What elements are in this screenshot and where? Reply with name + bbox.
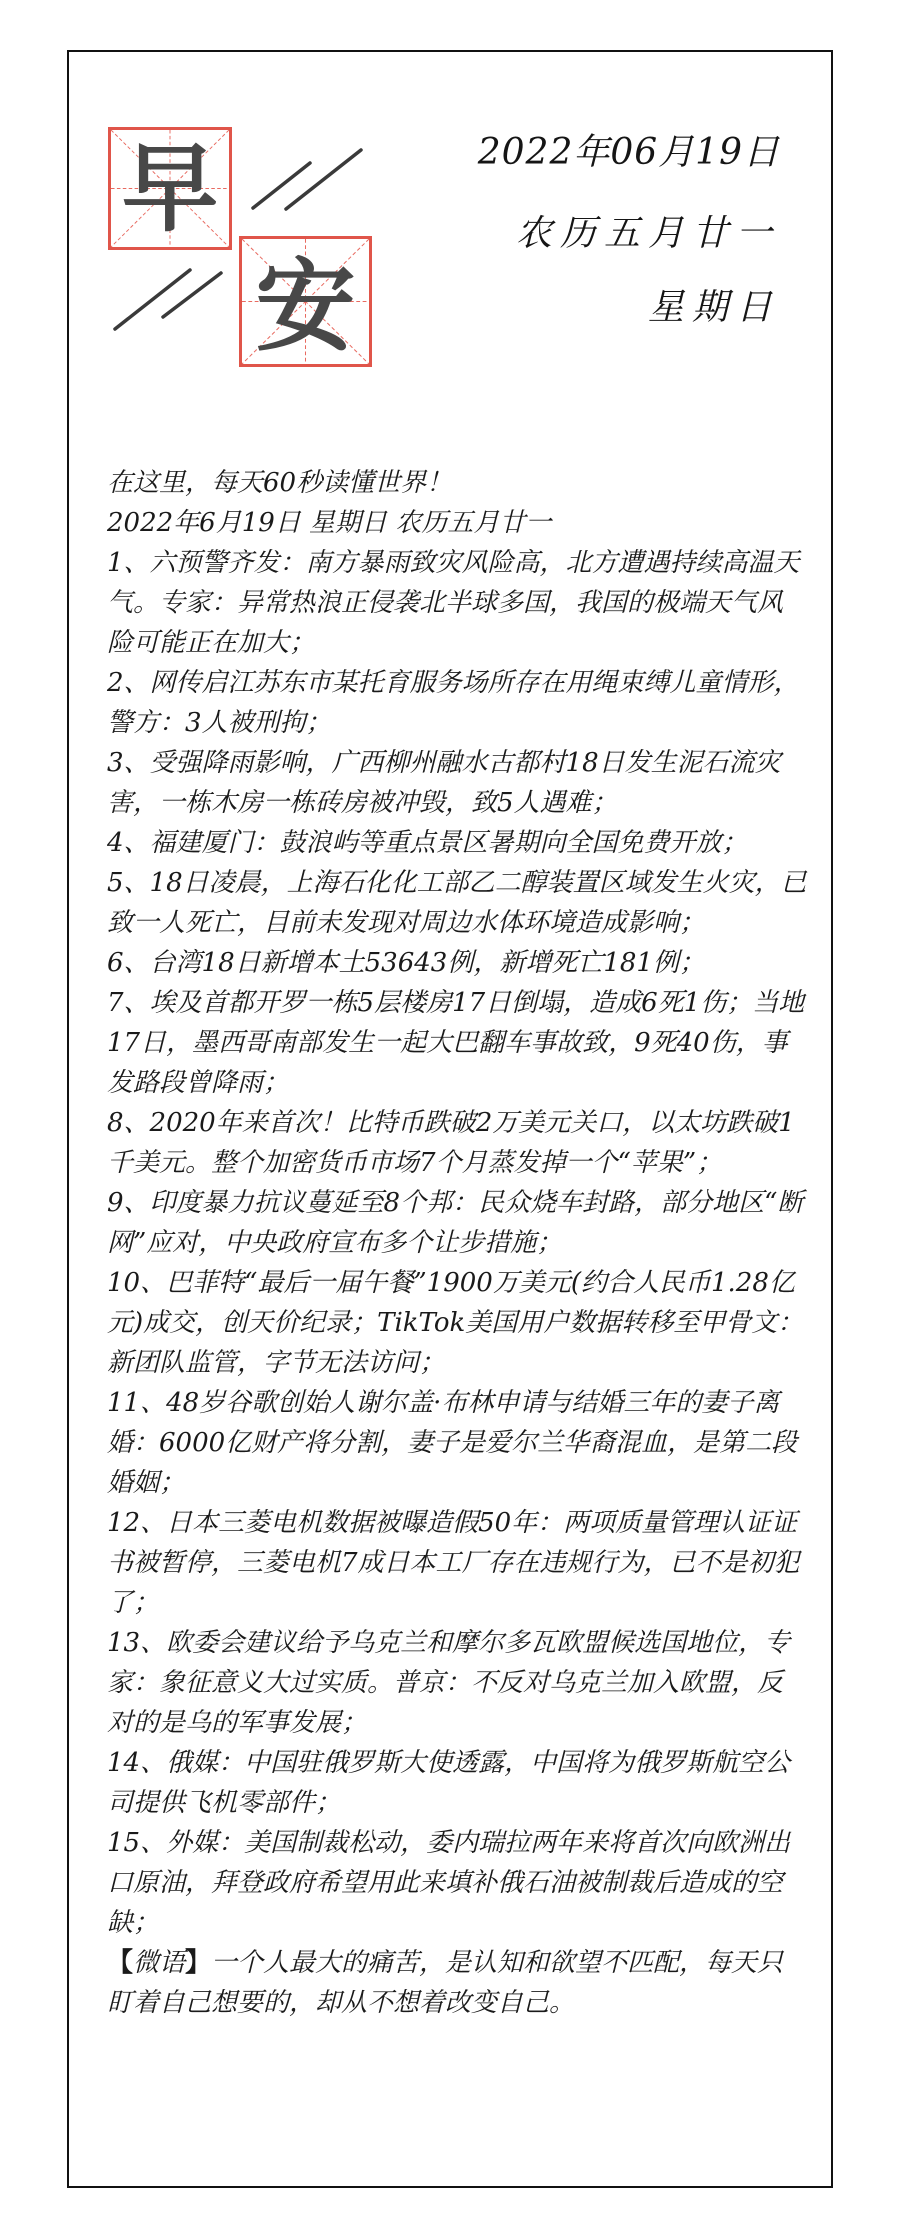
greeting-char-an: 安 xyxy=(242,239,369,364)
daily-motto: 【微语】一个人最大的痛苦，是认知和欲望不匹配，每天只盯着自己想要的，却从不想着改… xyxy=(107,1943,807,2023)
weekday: 星期日 xyxy=(478,290,780,326)
news-item: 7、埃及首都开罗一栋5层楼房17日倒塌，造成6死1伤；当地17日，墨西哥南部发生… xyxy=(107,983,807,1103)
news-item: 4、福建厦门：鼓浪屿等重点景区暑期向全国免费开放； xyxy=(107,823,807,863)
news-item: 11、48岁谷歌创始人谢尔盖·布林申请与结婚三年的妻子离婚：6000亿财产将分割… xyxy=(107,1383,807,1503)
greeting-char-zao: 早 xyxy=(111,130,229,247)
news-item: 1、六预警齐发：南方暴雨致灾风险高，北方遭遇持续高温天气。专家：异常热浪正侵袭北… xyxy=(107,543,807,663)
intro-tagline: 在这里，每天60秒读懂世界！ xyxy=(107,463,807,503)
motto-close-bracket: 】 xyxy=(185,1948,211,1978)
news-item: 3、受强降雨影响，广西柳州融水古都村18日发生泥石流灾害，一栋木房一栋砖房被冲毁… xyxy=(107,743,807,823)
news-item: 2、网传启江苏东市某托育服务场所存在用绳束缚儿童情形，警方：3人被刑拘； xyxy=(107,663,807,743)
news-item: 13、欧委会建议给予乌克兰和摩尔多瓦欧盟候选国地位，专家：象征意义大过实质。普京… xyxy=(107,1623,807,1743)
motto-label: 微语 xyxy=(133,1948,185,1978)
lunar-date: 农历五月廿一 xyxy=(478,216,780,252)
news-item: 5、18日凌晨，上海石化化工部乙二醇装置区域发生火灾，已致一人死亡，目前未发现对… xyxy=(107,863,807,943)
news-item: 12、日本三菱电机数据被曝造假50年：两项质量管理认证证书被暂停，三菱电机7成日… xyxy=(107,1503,807,1623)
date-block: 2022年06月19日 农历五月廿一 星期日 xyxy=(478,135,780,371)
news-item: 10、巴菲特“最后一届午餐”1900万美元(约合人民币1.28亿元)成交，创天价… xyxy=(107,1263,807,1383)
grid-box-zao: 早 xyxy=(108,127,232,250)
news-item: 14、俄媒：中国驻俄罗斯大使透露，中国将为俄罗斯航空公司提供飞机零部件； xyxy=(107,1743,807,1823)
news-item: 15、外媒：美国制裁松动，委内瑞拉两年来将首次向欧洲出口原油，拜登政府希望用此来… xyxy=(107,1823,807,1943)
news-item: 9、印度暴力抗议蔓延至8个邦：民众烧车封路，部分地区“断网”应对，中央政府宣布多… xyxy=(107,1183,807,1263)
gregorian-date: 2022年06月19日 xyxy=(478,135,780,171)
intro-date-line: 2022年6月19日 星期日 农历五月廿一 xyxy=(107,503,807,543)
news-item: 6、台湾18日新增本土53643例，新增死亡181例； xyxy=(107,943,807,983)
grid-box-an: 安 xyxy=(239,236,372,367)
news-item: 8、2020年来首次！比特币跌破2万美元关口，以太坊跌破1千美元。整个加密货币市… xyxy=(107,1103,807,1183)
news-body: 在这里，每天60秒读懂世界！ 2022年6月19日 星期日 农历五月廿一 1、六… xyxy=(107,463,807,2023)
motto-open-bracket: 【 xyxy=(107,1948,133,1978)
